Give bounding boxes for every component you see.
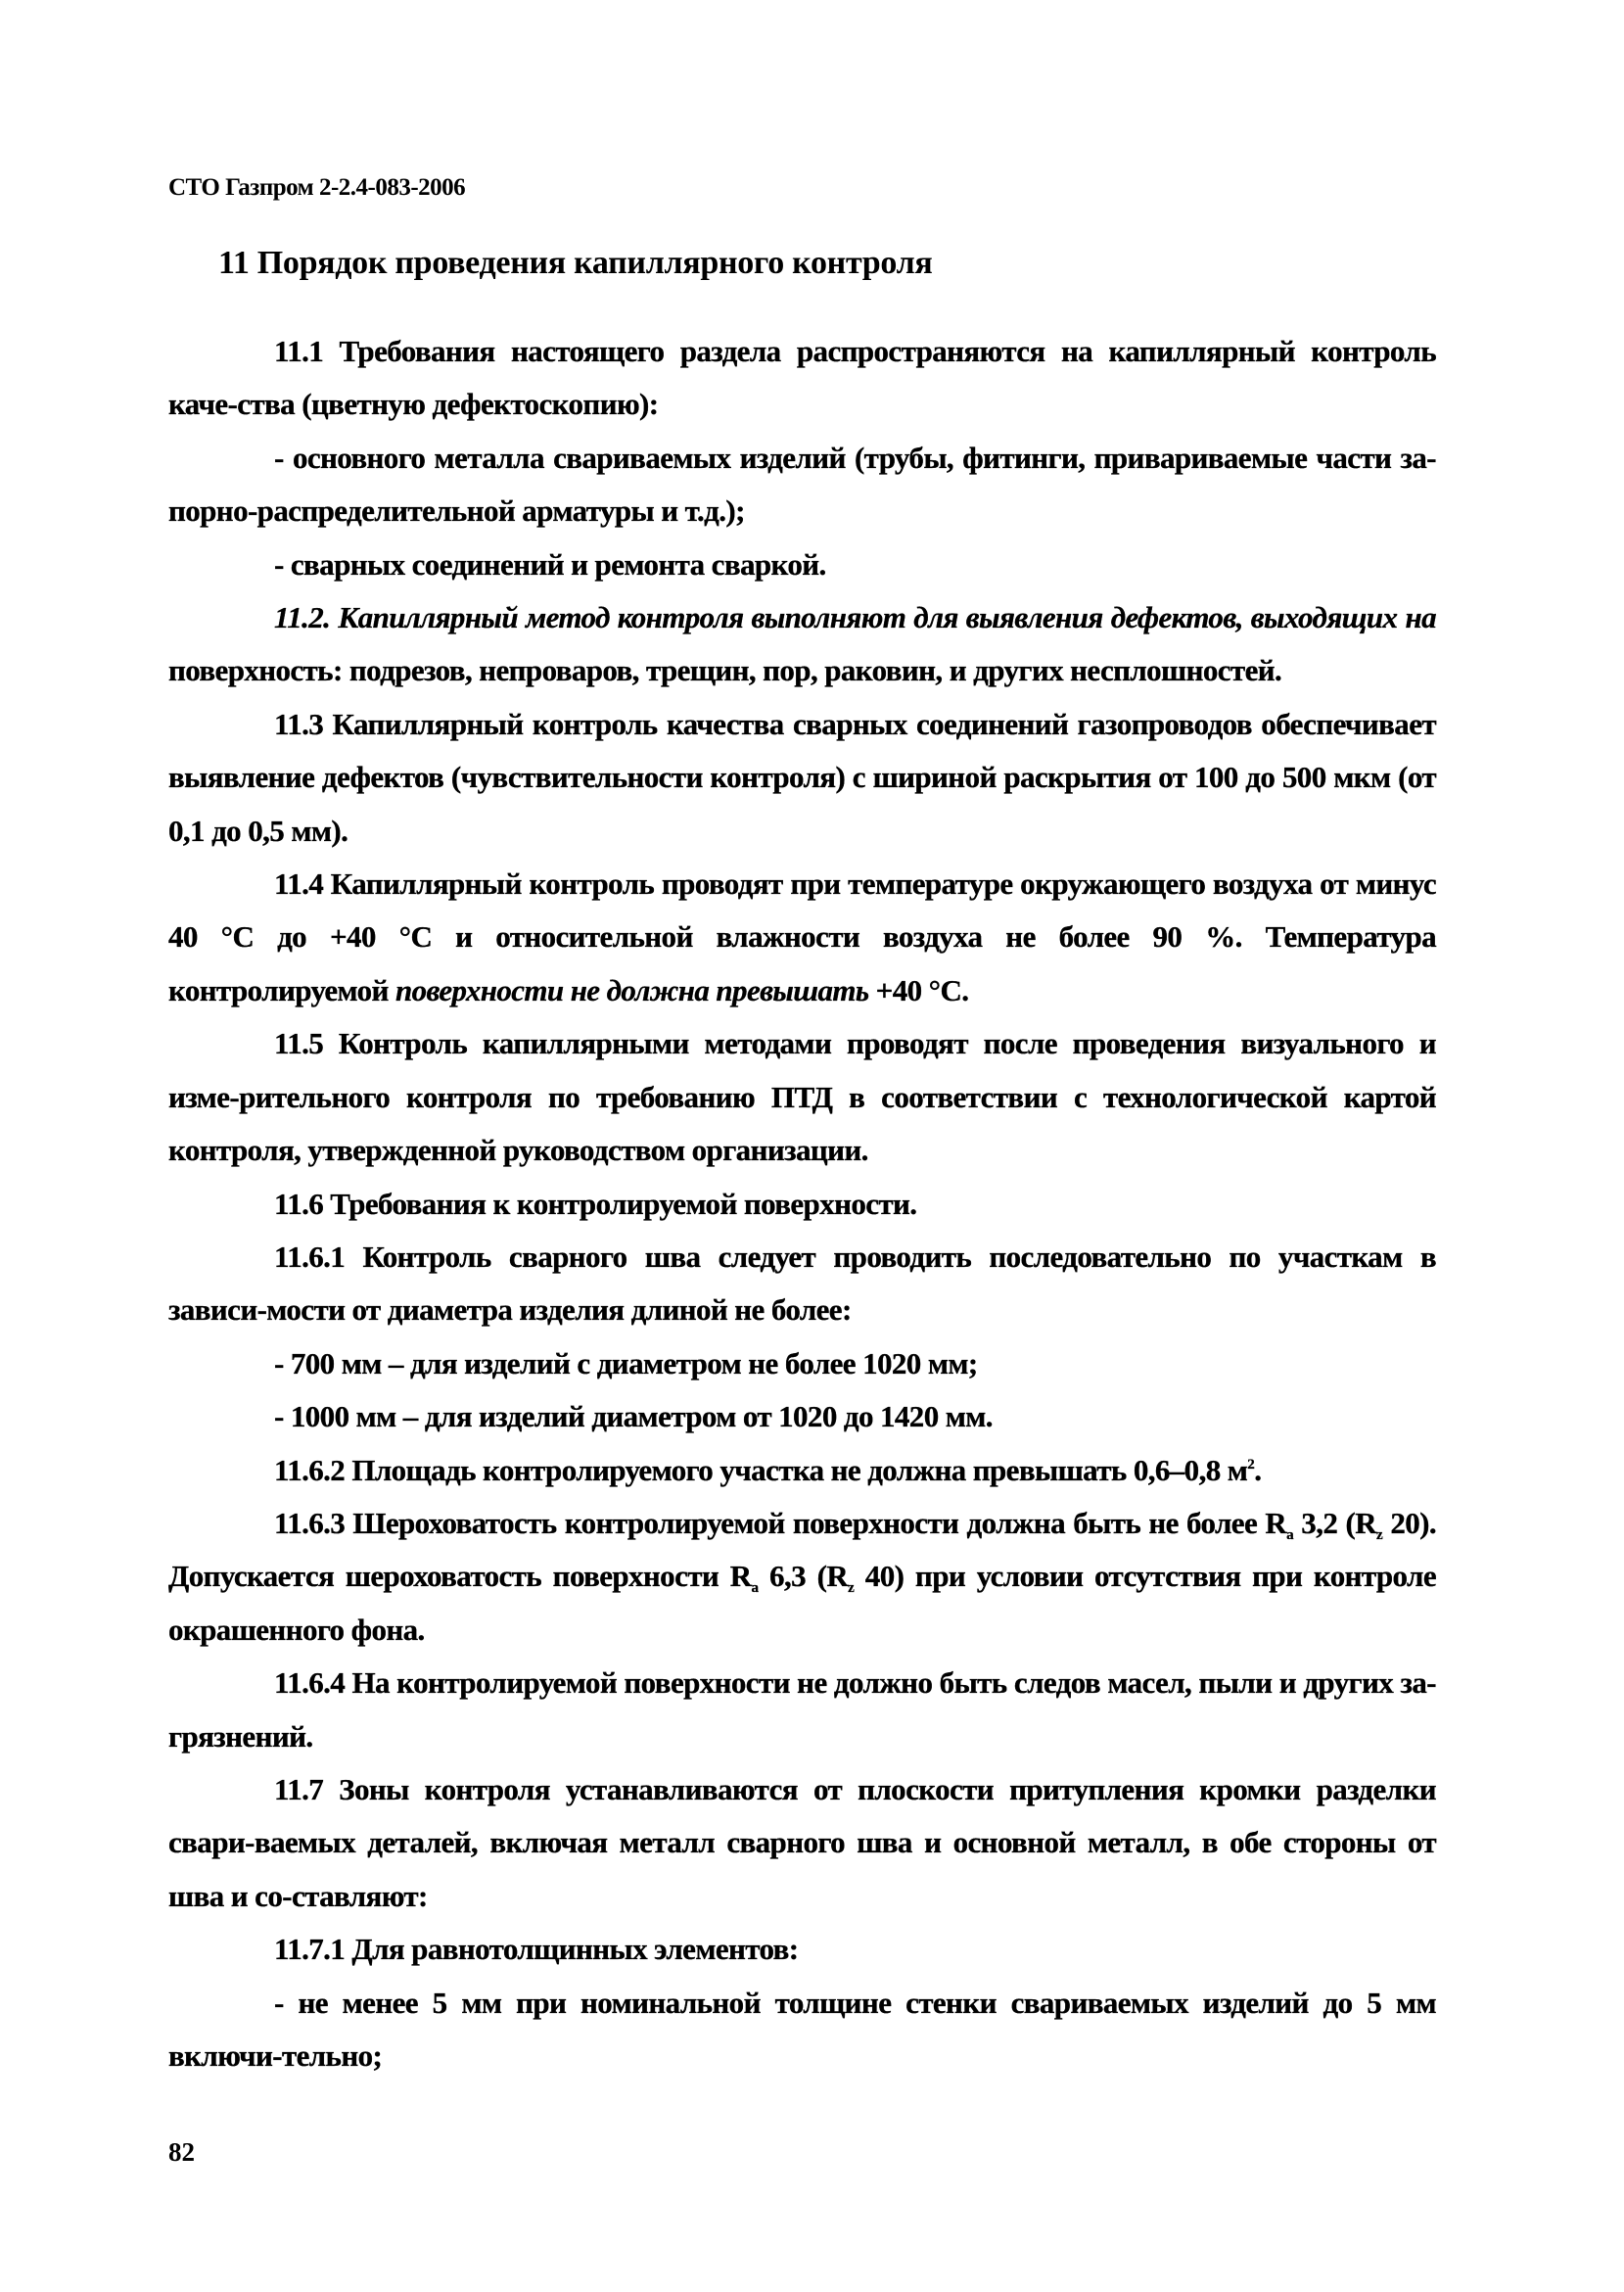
page-number: 82 [168, 2137, 195, 2168]
paragraph-11-6: 11.6 Требования к контролируемой поверхн… [168, 1178, 1436, 1231]
section-title: 11 Порядок проведения капиллярного контр… [218, 245, 933, 282]
paragraph-11-6-3: 11.6.3 Шероховатость контролируемой пове… [168, 1497, 1436, 1657]
paragraph-11-4-tail: +40 °С. [868, 973, 968, 1007]
paragraph-11-4: 11.4 Капиллярный контроль проводят при т… [168, 858, 1436, 1017]
paragraph-11-6-2: 11.6.2 Площадь контролируемого участка н… [168, 1444, 1436, 1497]
document-page: СТО Газпром 2-2.4-083-2006 11 Порядок пр… [0, 0, 1624, 2292]
roughness-text-2: 3,2 (R [1293, 1506, 1376, 1540]
paragraph-11-6-1-item-2: - 1000 мм – для изделий диаметром от 102… [168, 1390, 1436, 1443]
paragraph-11-6-2-end: . [1254, 1453, 1261, 1487]
paragraph-11-6-1: 11.6.1 Контроль сварного шва следует про… [168, 1231, 1436, 1337]
paragraph-11-2-italic: 11.2. Капиллярный метод контроля выполня… [274, 600, 1436, 634]
paragraph-11-6-2-text: 11.6.2 Площадь контролируемого участка н… [274, 1453, 1247, 1487]
paragraph-11-7-1-item-1: - не менее 5 мм при номинальной толщине … [168, 1977, 1436, 2083]
roughness-text-1: 11.6.3 Шероховатость контролируемой пове… [274, 1506, 1286, 1540]
paragraph-11-7: 11.7 Зоны контроля устанавливаются от пл… [168, 1763, 1436, 1923]
body-text: 11.1 Требования настоящего раздела распр… [168, 325, 1436, 2082]
paragraph-11-6-4: 11.6.4 На контролируемой поверхности не … [168, 1657, 1436, 1763]
paragraph-11-1: 11.1 Требования настоящего раздела распр… [168, 325, 1436, 432]
paragraph-11-3: 11.3 Капиллярный контроль качества сварн… [168, 698, 1436, 858]
paragraph-11-4-italic: поверхности не должна превышать [395, 973, 869, 1007]
paragraph-11-2-rest: поверхность: подрезов, непроваров, трещи… [168, 653, 1281, 687]
paragraph-11-5: 11.5 Контроль капиллярными методами пров… [168, 1017, 1436, 1177]
paragraph-11-2: 11.2. Капиллярный метод контроля выполня… [168, 591, 1436, 698]
paragraph-11-6-1-item-1: - 700 мм – для изделий с диаметром не бо… [168, 1337, 1436, 1390]
running-header: СТО Газпром 2-2.4-083-2006 [168, 174, 465, 202]
paragraph-11-1-item-2: - сварных соединений и ремонта сваркой. [168, 538, 1436, 591]
paragraph-11-7-1: 11.7.1 Для равнотолщинных элементов: [168, 1923, 1436, 1976]
roughness-text-4: 6,3 (R [758, 1559, 848, 1593]
paragraph-11-1-item-1: - основного металла свариваемых изделий … [168, 432, 1436, 538]
